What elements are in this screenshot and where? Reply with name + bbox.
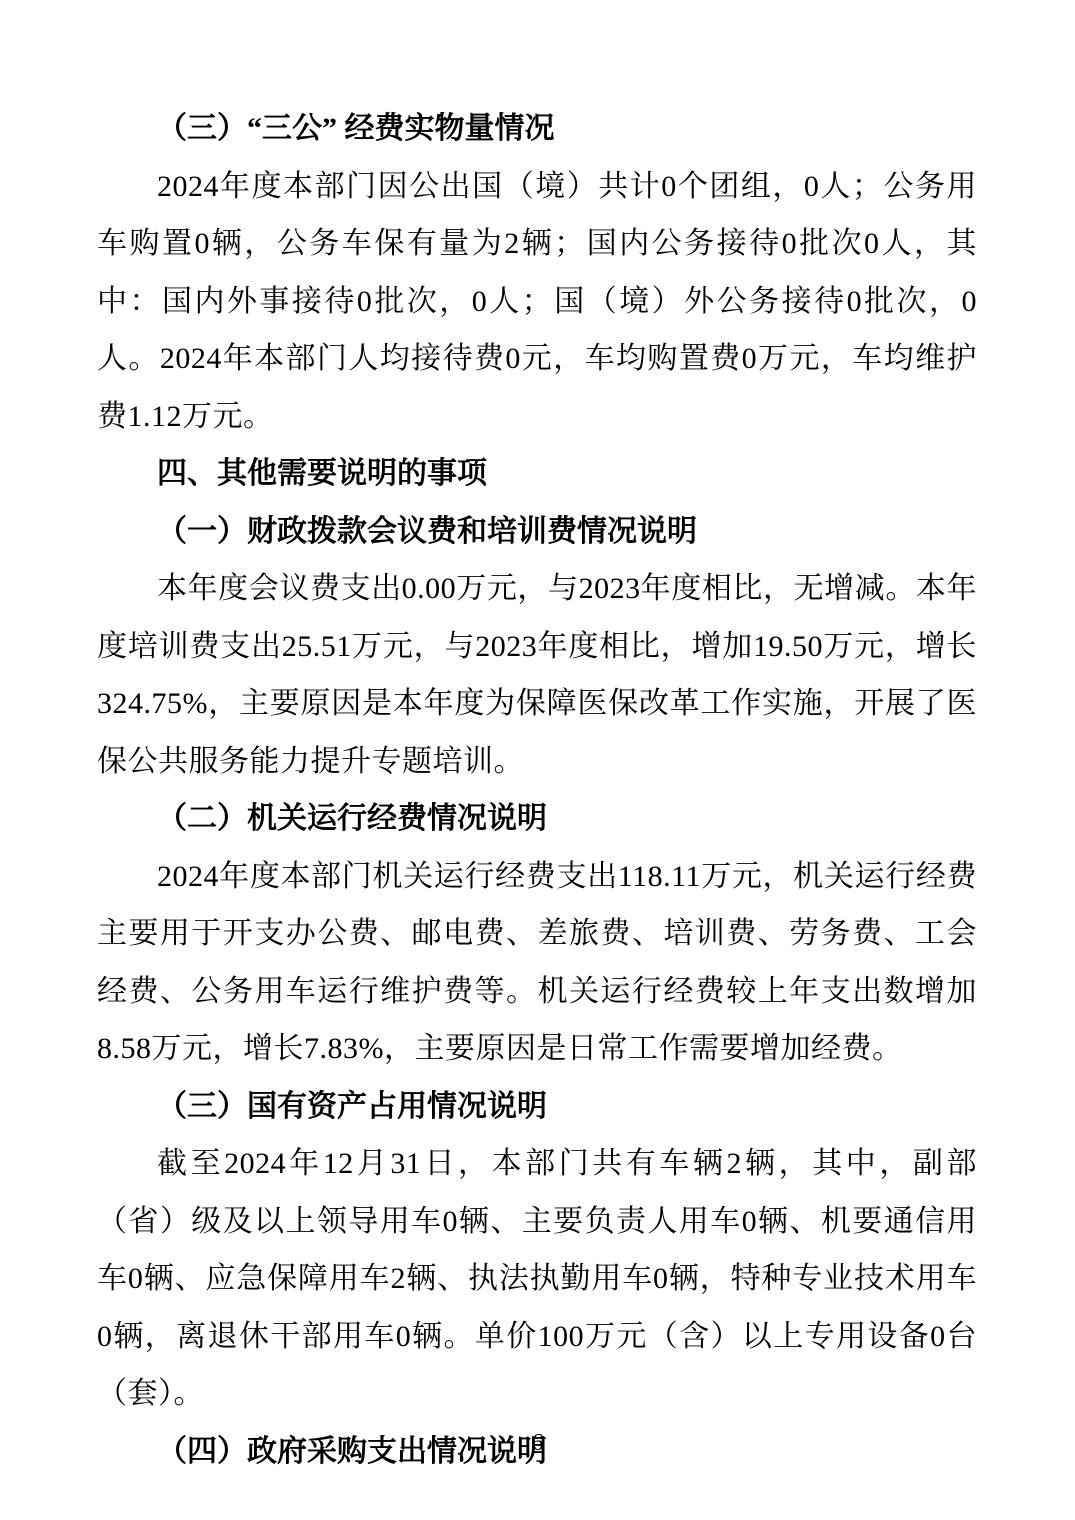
section-heading-agency-operating-expenses: （二）机关运行经费情况说明 — [97, 790, 977, 848]
section-heading-meeting-training-fees: （一）财政拨款会议费和培训费情况说明 — [97, 503, 977, 561]
paragraph-state-assets-occupancy: 截至2024年12月31日，本部门共有车辆2辆，其中，副部（省）级及以上领导用车… — [97, 1135, 977, 1423]
section-heading-state-assets-occupancy: （三）国有资产占用情况说明 — [97, 1078, 977, 1136]
document-page: （三）“三公” 经费实物量情况 2024年度本部门因公出国（境）共计0个团组，0… — [0, 0, 1075, 1520]
paragraph-agency-operating-expenses: 2024年度本部门机关运行经费支出118.11万元，机关运行经费主要用于开支办公… — [97, 848, 977, 1078]
section-heading-sangong-physical-quantity: （三）“三公” 经费实物量情况 — [97, 100, 977, 158]
page-number: 6 — [0, 1428, 1075, 1458]
paragraph-sangong-physical-quantity: 2024年度本部门因公出国（境）共计0个团组，0人；公务用车购置0辆，公务车保有… — [97, 158, 977, 446]
paragraph-meeting-training-fees: 本年度会议费支出0.00万元，与2023年度相比，无增减。本年度培训费支出25.… — [97, 560, 977, 790]
chapter-heading-other-matters: 四、其他需要说明的事项 — [97, 445, 977, 503]
